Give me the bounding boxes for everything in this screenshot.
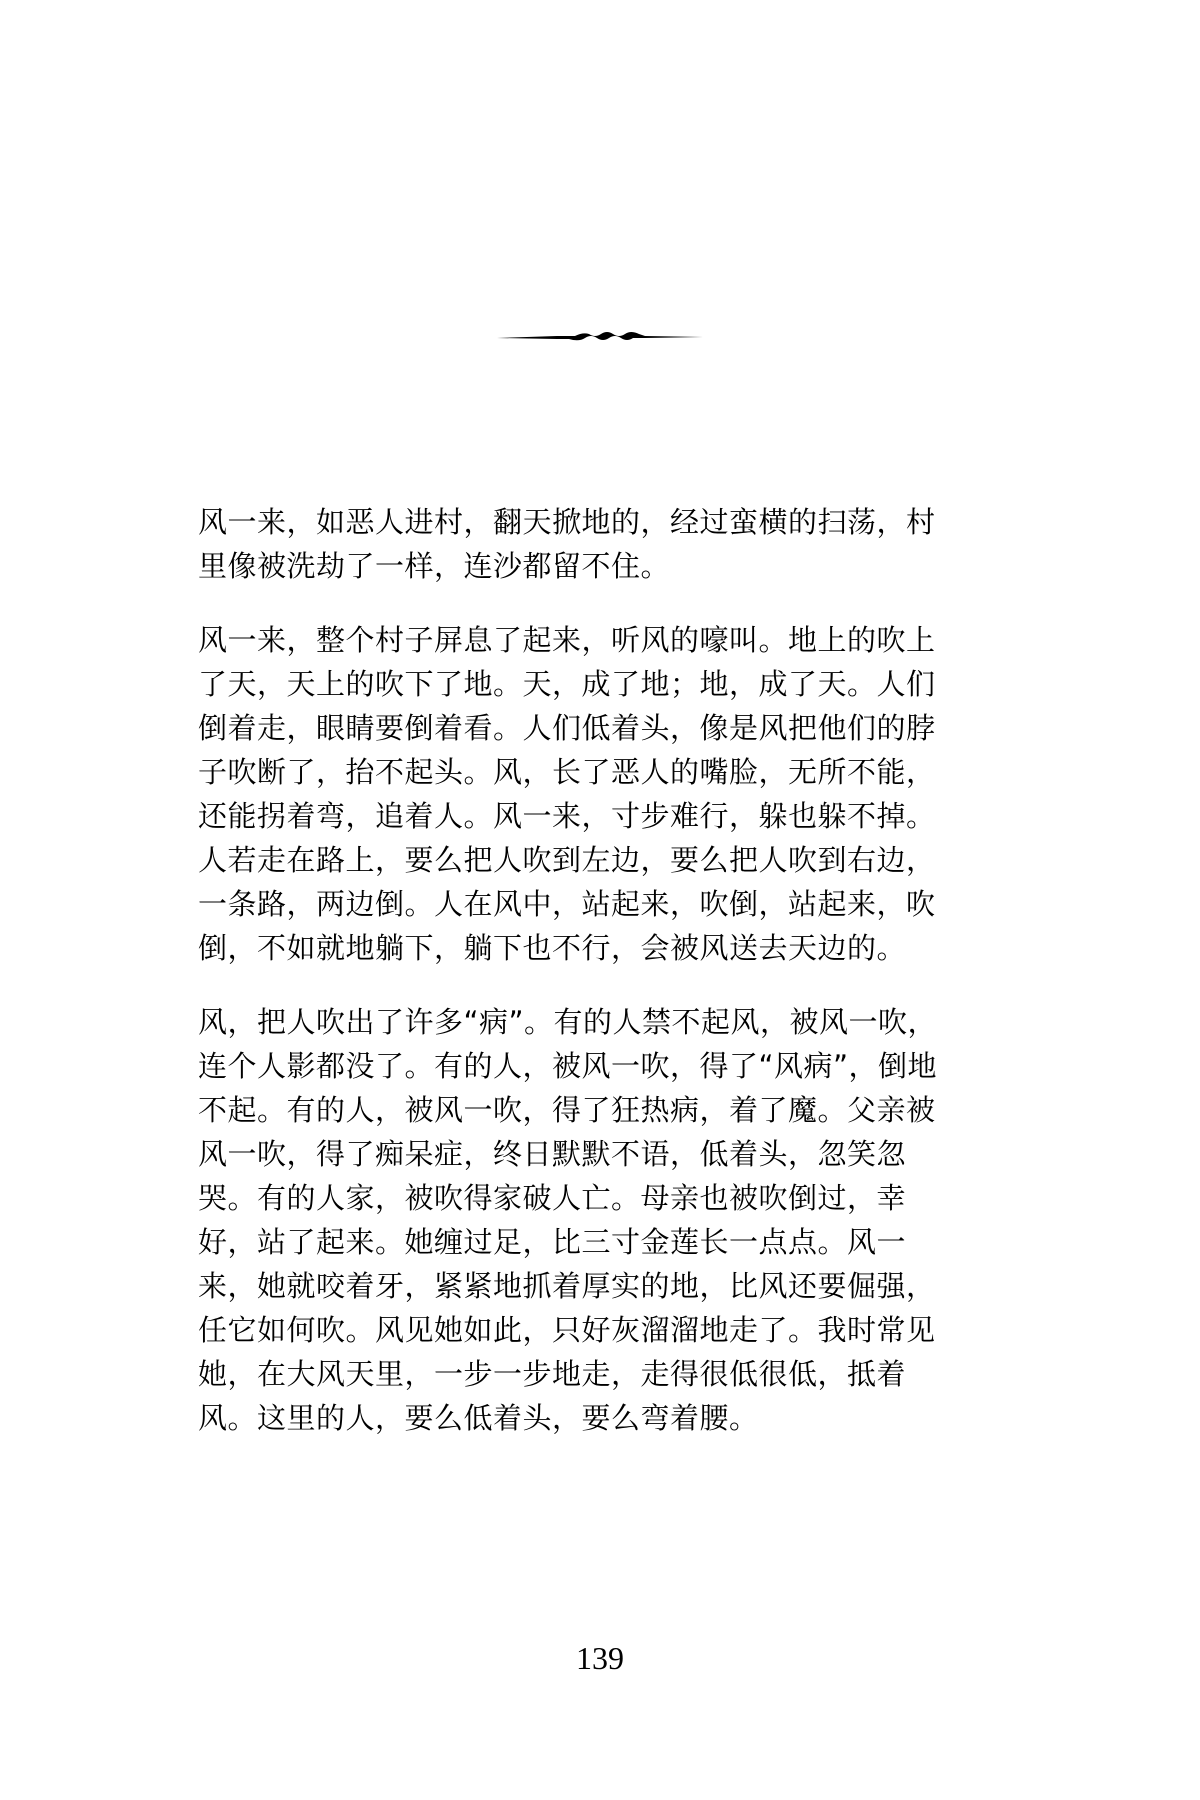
text-line: 风。这里的人，要么低着头，要么弯着腰。 [198,1396,1002,1440]
paragraph-3: 风，把人吹出了许多“病”。有的人禁不起风，被风一吹， 连个人影都没了。有的人，被… [198,1000,1002,1440]
text-line: 连个人影都没了。有的人，被风一吹，得了“风病”，倒地 [198,1044,1002,1088]
text-line: 不起。有的人，被风一吹，得了狂热病，着了魔。父亲被 [198,1088,1002,1132]
text-line: 任它如何吹。风见她如此，只好灰溜溜地走了。我时常见 [198,1308,1002,1352]
text-line: 倒，不如就地躺下，躺下也不行，会被风送去天边的。 [198,926,1002,970]
text-line: 风一吹，得了痴呆症，终日默默不语，低着头，忽笑忽 [198,1132,1002,1176]
text-line: 哭。有的人家，被吹得家破人亡。母亲也被吹倒过，幸 [198,1176,1002,1220]
text-line: 子吹断了，抬不起头。风，长了恶人的嘴脸，无所不能， [198,750,1002,794]
text-line: 倒着走，眼睛要倒着看。人们低着头，像是风把他们的脖 [198,706,1002,750]
text-line: 风一来，如恶人进村，翻天掀地的，经过蛮横的扫荡，村 [198,500,1002,544]
chapter-body: 风一来，如恶人进村，翻天掀地的，经过蛮横的扫荡，村 里像被洗劫了一样，连沙都留不… [198,500,1002,1470]
text-line: 风，把人吹出了许多“病”。有的人禁不起风，被风一吹， [198,1000,1002,1044]
page-number: 139 [0,1640,1200,1676]
text-line: 了天，天上的吹下了地。天，成了地；地，成了天。人们 [198,662,1002,706]
text-line: 她，在大风天里，一步一步地走，走得很低很低，抵着 [198,1352,1002,1396]
text-line: 里像被洗劫了一样，连沙都留不住。 [198,544,1002,588]
text-line: 来，她就咬着牙，紧紧地抓着厚实的地，比风还要倔强， [198,1264,1002,1308]
text-line: 好，站了起来。她缠过足，比三寸金莲长一点点。风一 [198,1220,1002,1264]
paragraph-1: 风一来，如恶人进村，翻天掀地的，经过蛮横的扫荡，村 里像被洗劫了一样，连沙都留不… [198,500,1002,588]
flourish-divider-icon [497,324,703,348]
paragraph-2: 风一来，整个村子屏息了起来，听风的嚎叫。地上的吹上 了天，天上的吹下了地。天，成… [198,618,1002,970]
text-line: 还能拐着弯，追着人。风一来，寸步难行，躲也躲不掉。 [198,794,1002,838]
text-line: 人若走在路上，要么把人吹到左边，要么把人吹到右边， [198,838,1002,882]
text-line: 风一来，整个村子屏息了起来，听风的嚎叫。地上的吹上 [198,618,1002,662]
text-line: 一条路，两边倒。人在风中，站起来，吹倒，站起来，吹 [198,882,1002,926]
